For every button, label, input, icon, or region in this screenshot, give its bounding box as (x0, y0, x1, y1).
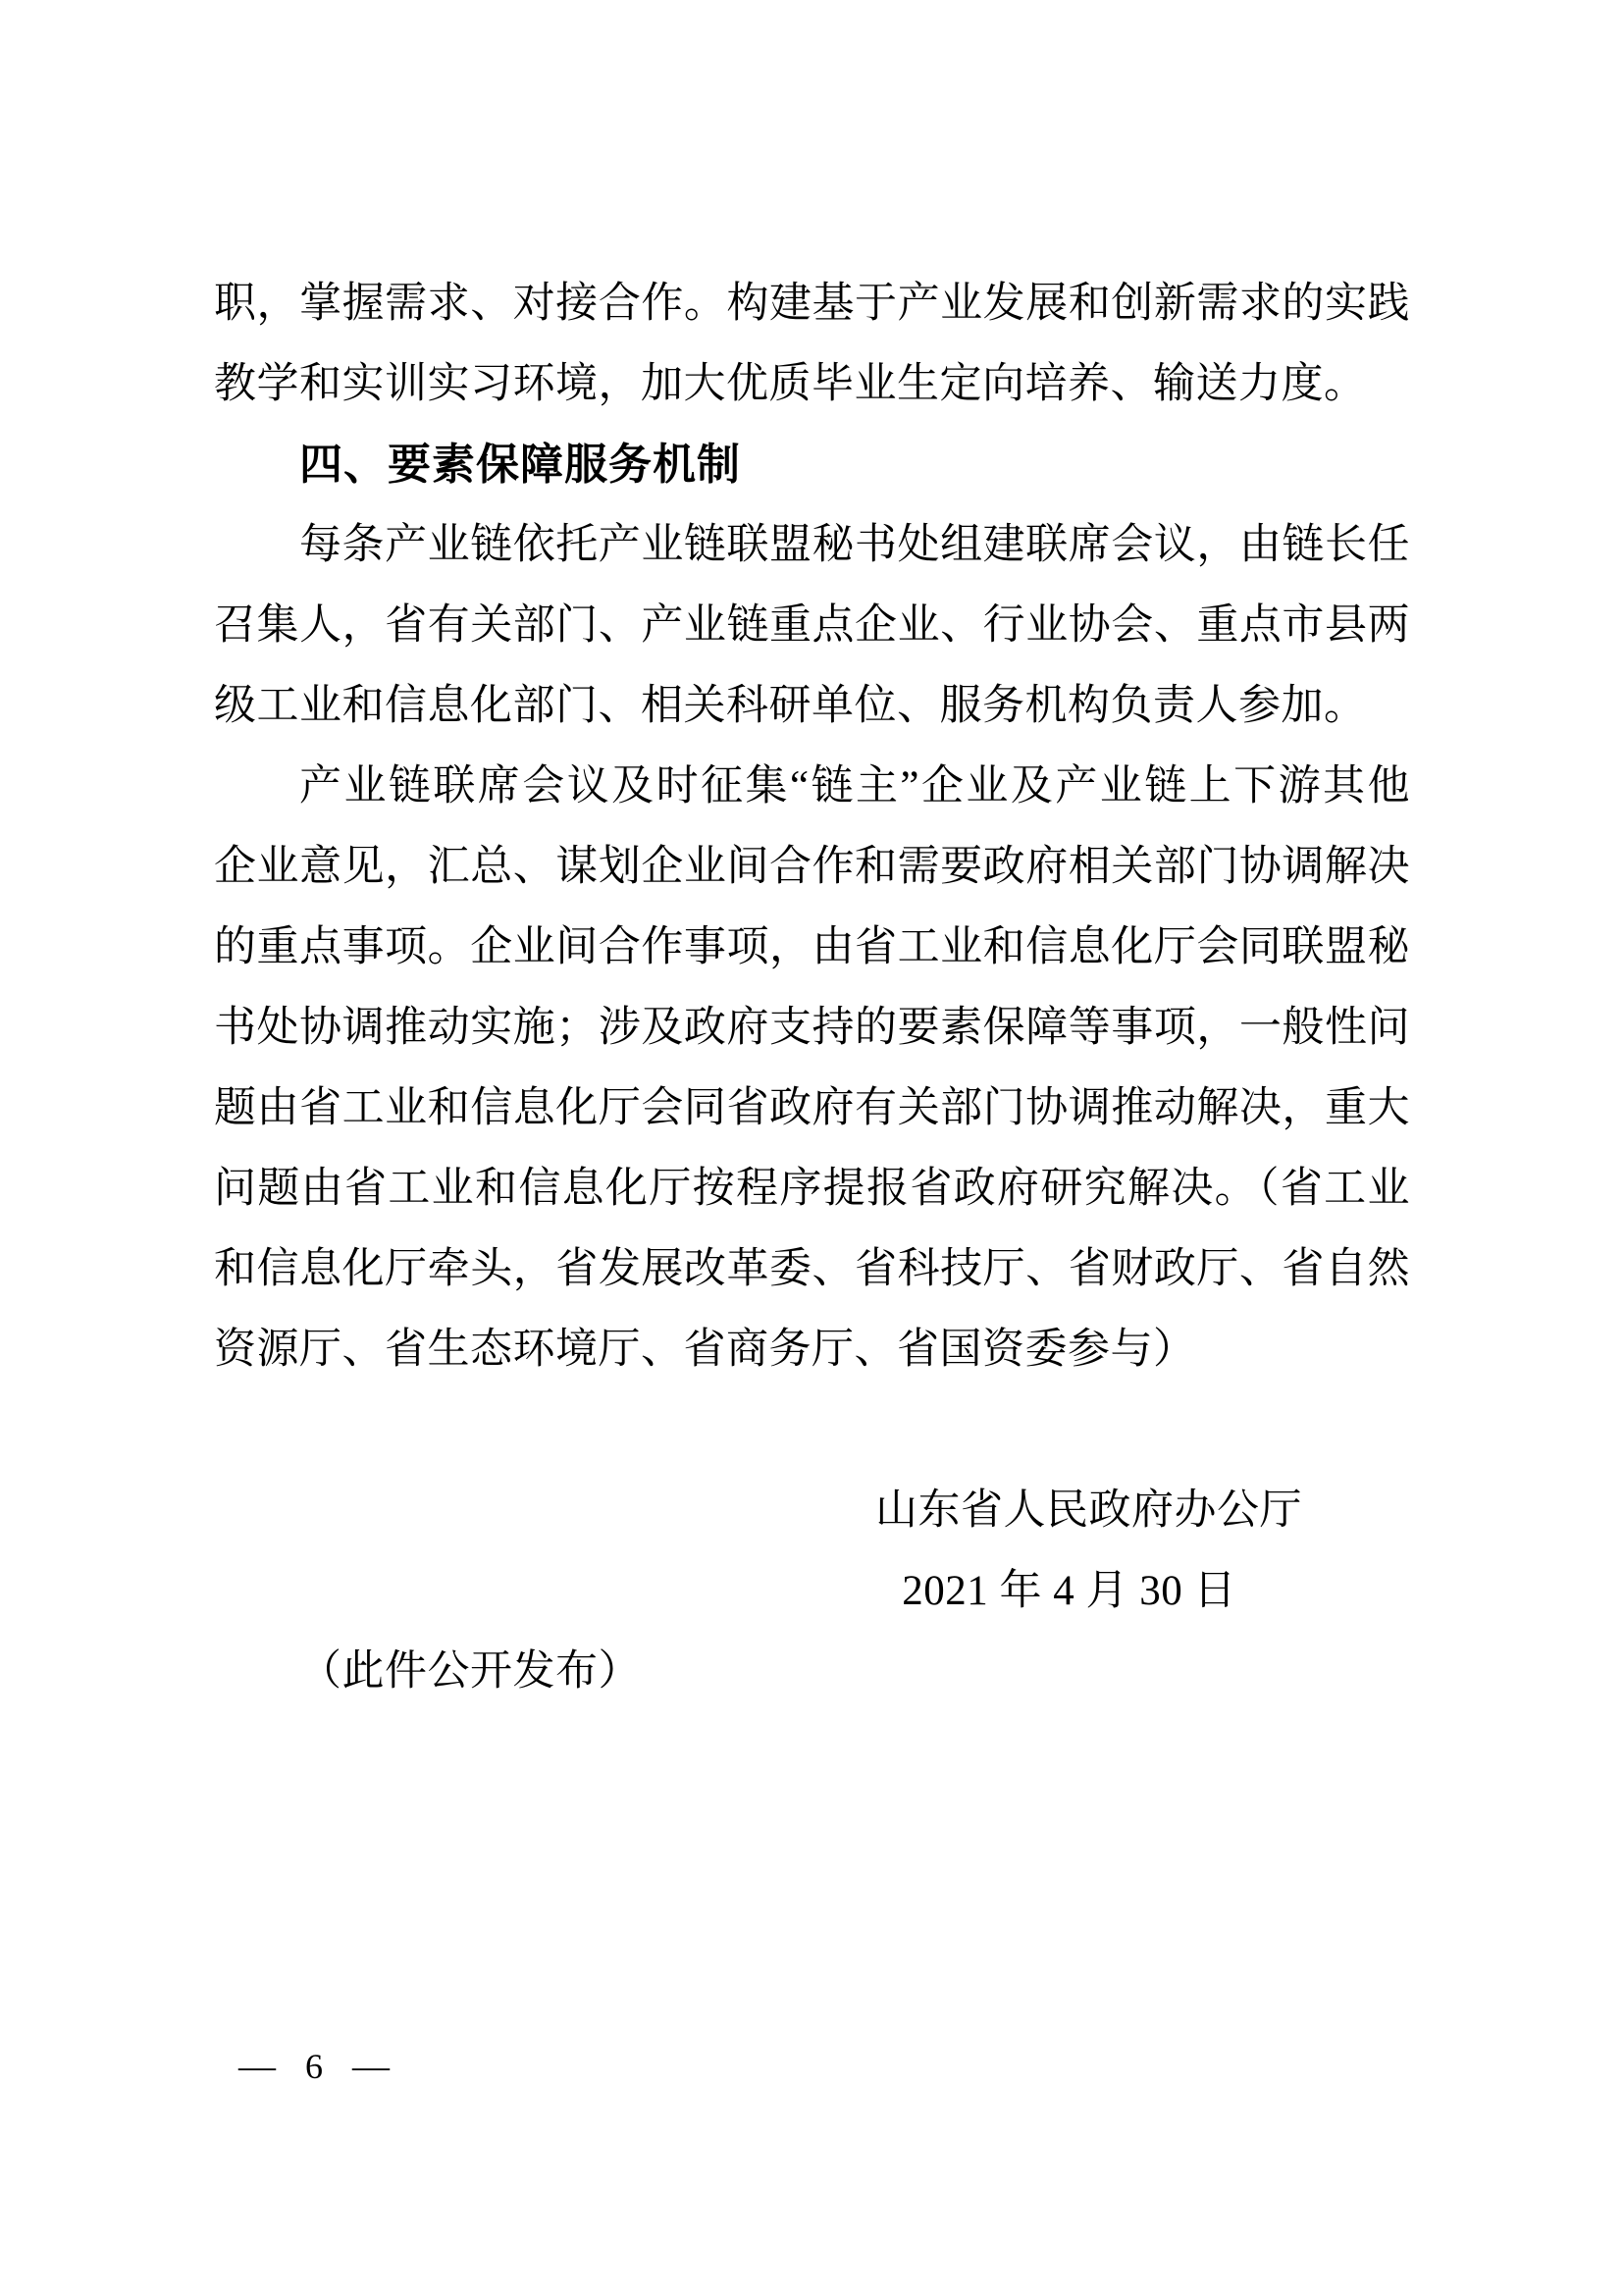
blank-line (214, 1390, 1410, 1471)
page-footer: — 6 — (238, 2037, 390, 2096)
document-page: 职，掌握需求、对接合作。构建基于产业发展和创新需求的实践 教学和实训实习环境，加… (0, 0, 1624, 2296)
body-line: 的重点事项。企业间合作事项，由省工业和信息化厅会同联盟秘 (214, 908, 1410, 988)
body-line: 资源厅、省生态环境厅、省商务厅、省国资委参与） (214, 1310, 1410, 1390)
body-line: 问题由省工业和信息化厅按程序提报省政府研究解决。（省工业 (214, 1149, 1410, 1229)
publish-note: （此件公开发布） (214, 1632, 1410, 1712)
body-line: 职，掌握需求、对接合作。构建基于产业发展和创新需求的实践 (214, 264, 1410, 344)
body-line: 和信息化厅牵头，省发展改革委、省科技厅、省财政厅、省自然 (214, 1229, 1410, 1310)
footer-right-dash: — (352, 2045, 390, 2088)
page-number: 6 (305, 2046, 323, 2087)
document-body: 职，掌握需求、对接合作。构建基于产业发展和创新需求的实践 教学和实训实习环境，加… (214, 264, 1410, 1712)
body-line: 每条产业链依托产业链联盟秘书处组建联席会议，由链长任 (214, 505, 1410, 586)
body-line: 题由省工业和信息化厅会同省政府有关部门协调推动解决，重大 (214, 1069, 1410, 1149)
body-line: 教学和实训实习环境，加大优质毕业生定向培养、输送力度。 (214, 344, 1410, 425)
body-line: 召集人，省有关部门、产业链重点企业、行业协会、重点市县两 (214, 586, 1410, 666)
section-heading: 四、要素保障服务机制 (214, 425, 1410, 505)
body-line: 产业链联席会议及时征集“链主”企业及产业链上下游其他 (214, 747, 1410, 827)
body-line: 书处协调推动实施；涉及政府支持的要素保障等事项，一般性问 (214, 988, 1410, 1069)
signature-date: 2021 年 4 月 30 日 (214, 1551, 1410, 1632)
body-line: 级工业和信息化部门、相关科研单位、服务机构负责人参加。 (214, 666, 1410, 747)
signature-organization: 山东省人民政府办公厅 (214, 1471, 1410, 1551)
body-line: 企业意见，汇总、谋划企业间合作和需要政府相关部门协调解决 (214, 827, 1410, 908)
footer-left-dash: — (238, 2045, 276, 2088)
